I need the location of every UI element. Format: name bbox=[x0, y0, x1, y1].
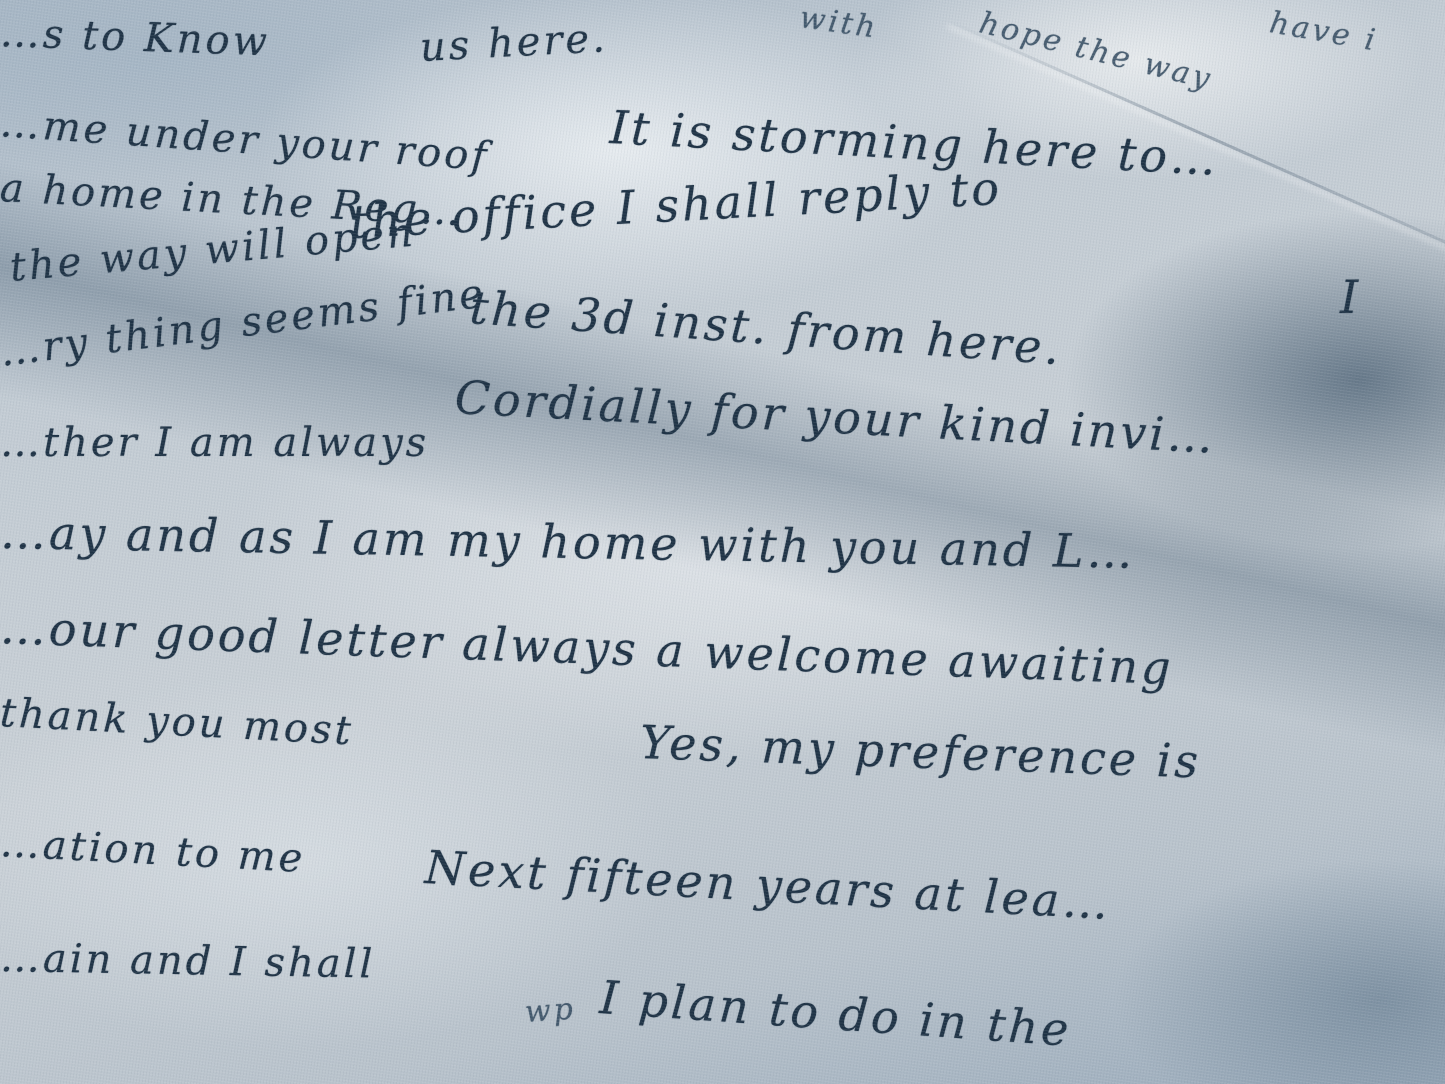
handwriting-line: …s to Know bbox=[0, 10, 271, 65]
handwriting-line: …ther I am always bbox=[0, 420, 429, 466]
fabric-photo: …s to Knowus here.withhope the wayhave i… bbox=[0, 0, 1445, 1084]
handwriting-line: I plan to do in the bbox=[598, 970, 1073, 1057]
handwriting-line: Cordially for your kind invi… bbox=[454, 370, 1218, 464]
handwriting-line: …ation to me bbox=[0, 820, 307, 882]
handwriting-line: …ain and I shall bbox=[0, 935, 376, 988]
handwriting-line: I bbox=[1340, 270, 1361, 324]
handwriting-line: hope the way bbox=[976, 6, 1216, 98]
handwriting-line: Next fifteen years at lea… bbox=[424, 840, 1113, 930]
handwriting-line: …our good letter always a welcome awaiti… bbox=[0, 600, 1174, 695]
handwriting-line: the 3d inst. from here. bbox=[468, 280, 1064, 375]
handwriting-line: Yes, my preference is bbox=[639, 715, 1202, 789]
handwriting-line: have i bbox=[1267, 5, 1380, 58]
handwriting-line: us here. bbox=[419, 15, 609, 71]
handwriting-line: with bbox=[798, 0, 881, 46]
handwriting-line: …ry thing seems fine bbox=[0, 271, 488, 376]
handwriting-line: …ay and as I am my home with you and L… bbox=[0, 505, 1136, 579]
handwriting-line: thank you most bbox=[0, 690, 355, 754]
handwriting-line: wp bbox=[524, 991, 577, 1029]
